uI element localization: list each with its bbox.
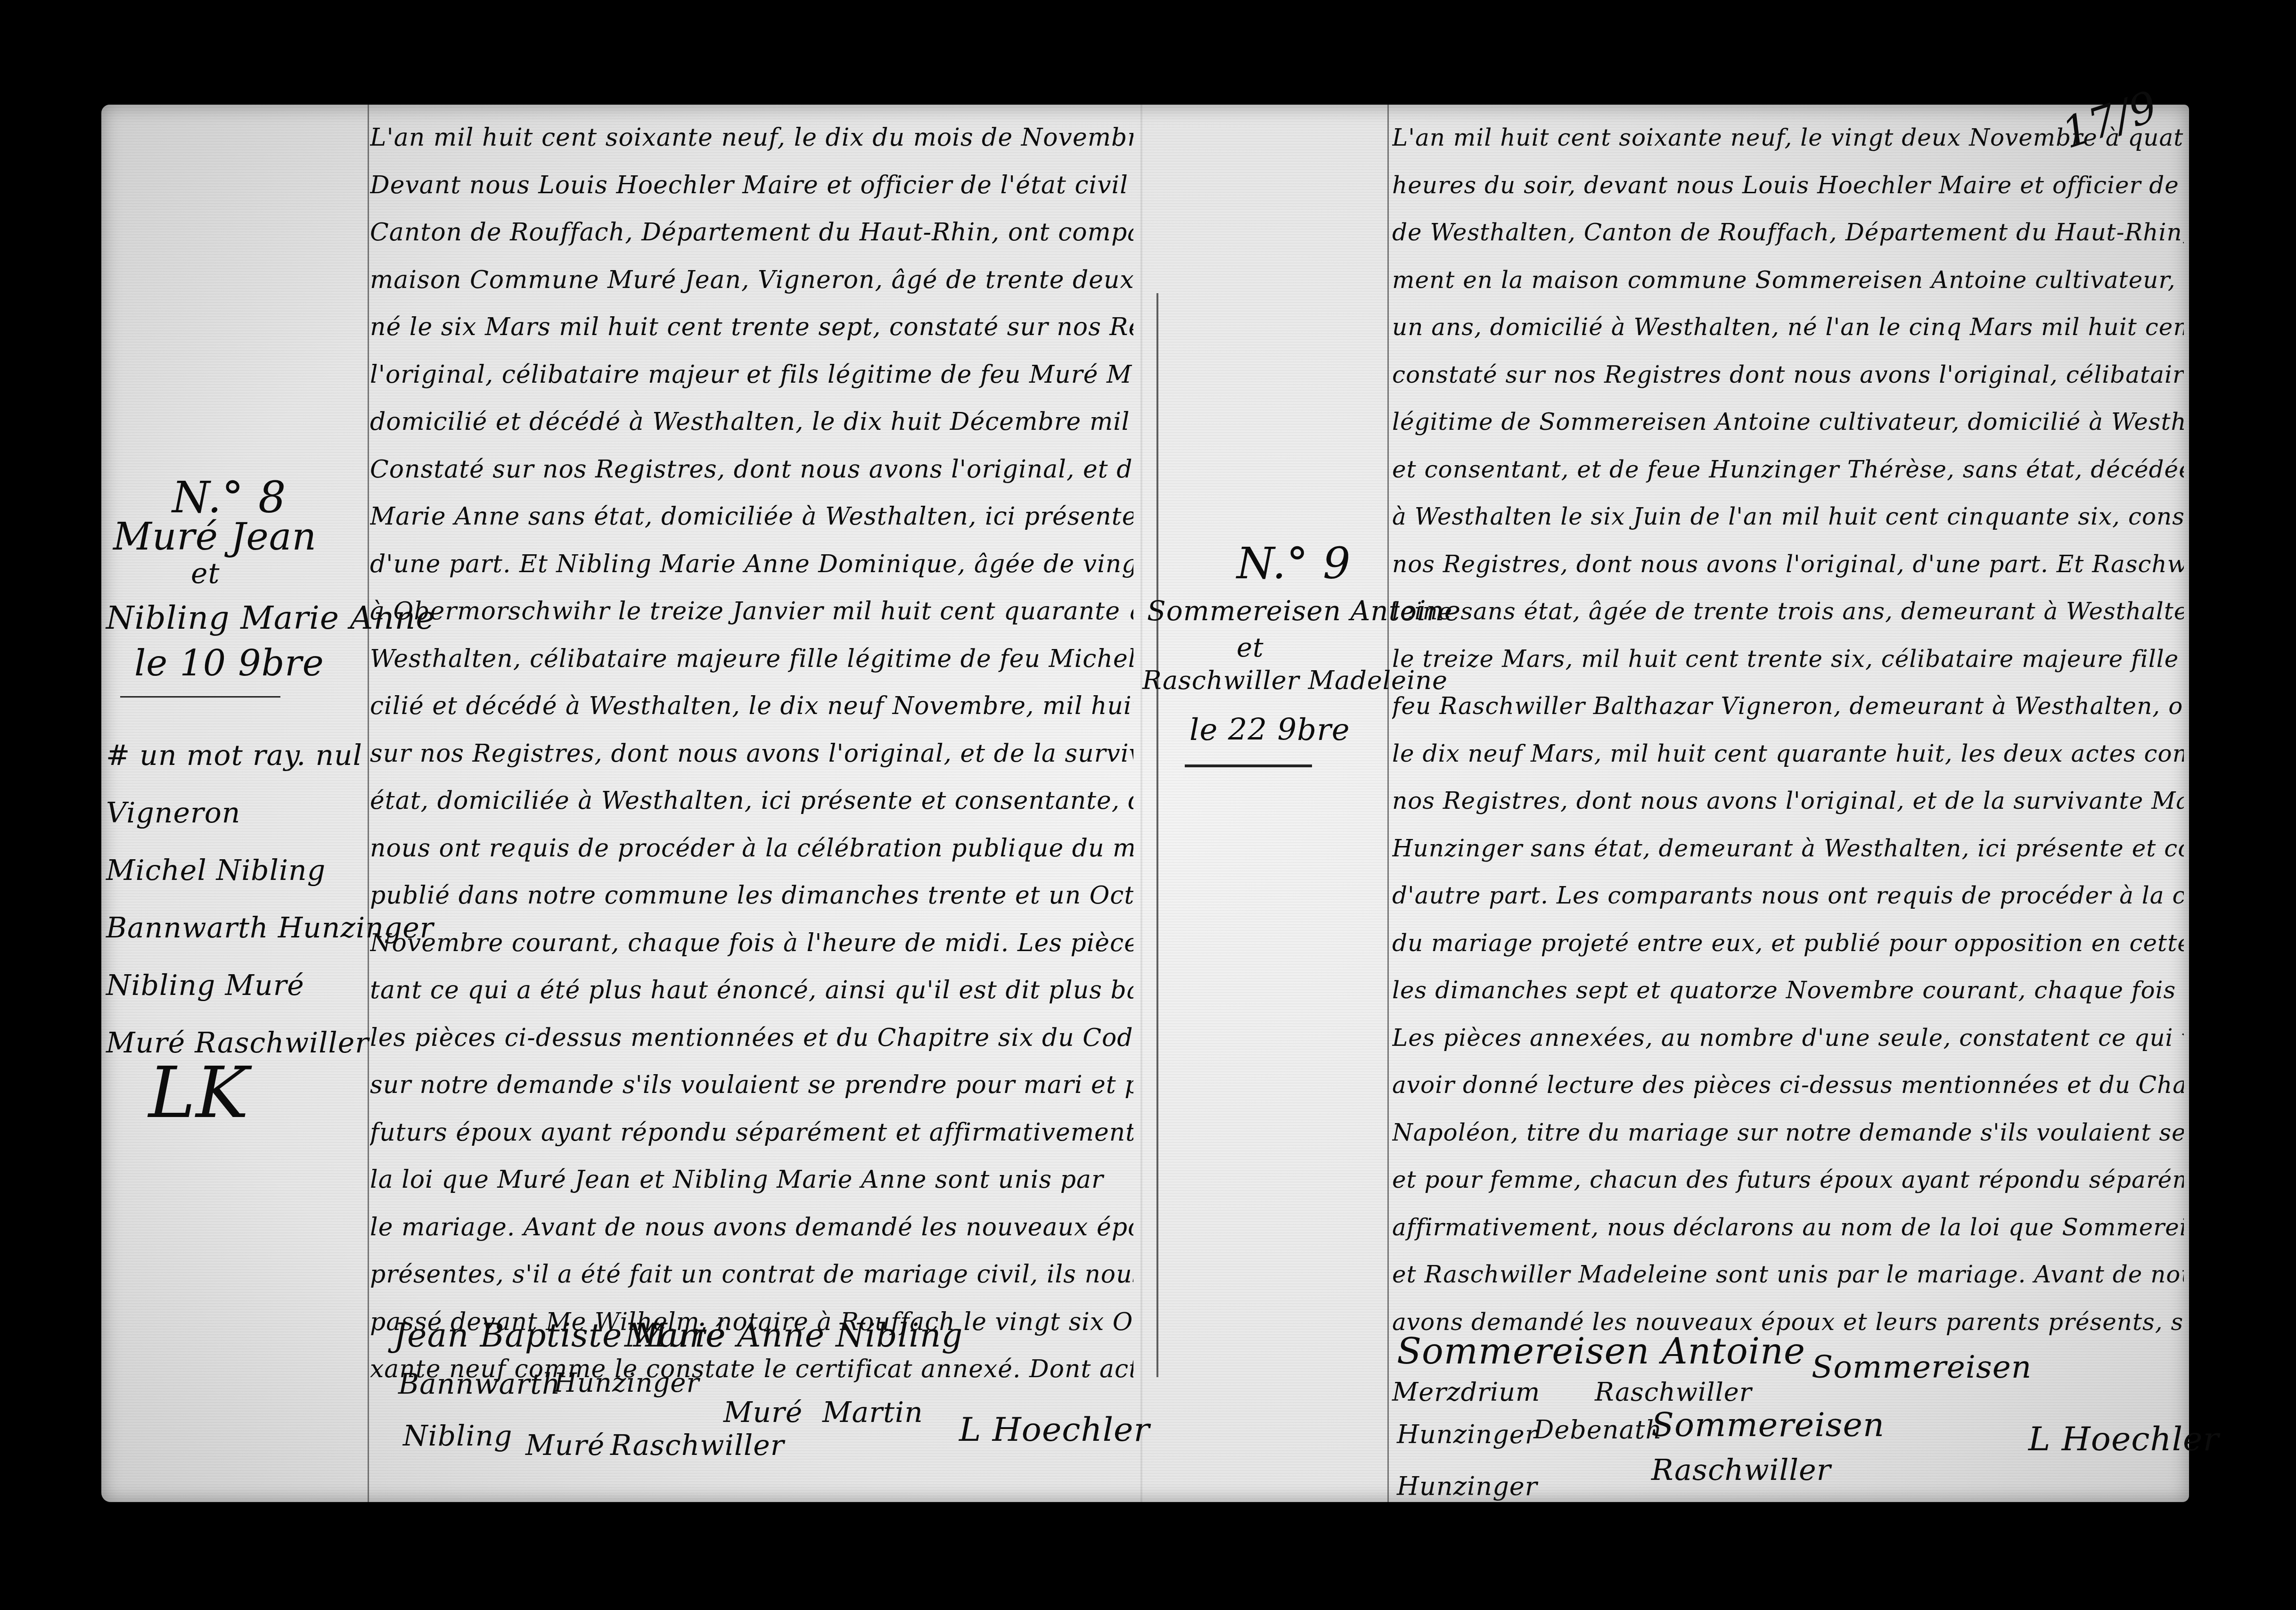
signature: Sommereisen <box>1812 1349 2032 1385</box>
signature: Raschwiller <box>1595 1377 1752 1407</box>
signature: Merzdrium <box>1392 1377 1540 1407</box>
signature: Debenath <box>1533 1415 1662 1445</box>
signature: Bannwarth <box>398 1368 561 1401</box>
signature: Sommereisen Antoine <box>1397 1330 1805 1372</box>
signature: Muré <box>723 1396 803 1429</box>
mayor-signature: L Hoechler <box>959 1410 1150 1449</box>
signature: Raschwiller <box>1651 1453 1831 1487</box>
signature: Muré <box>525 1429 605 1462</box>
signature: Sommereisen <box>1651 1405 1885 1444</box>
signature: Hunzinger <box>1397 1420 1538 1449</box>
signature: Raschwiller <box>610 1429 784 1462</box>
signature: Nibling <box>403 1420 513 1453</box>
signature-block: Sommereisen Antoine Sommereisen Merzdriu… <box>1142 105 2189 1502</box>
left-page: N.° 8 Muré Jean et Nibling Marie Anne le… <box>101 105 1140 1502</box>
signature-block: Jean Baptiste Muré Marie Anne Nibling Ba… <box>101 105 1140 1502</box>
signature: Hunzinger <box>1397 1471 1538 1501</box>
signature: Marie Anne Nibling <box>624 1316 963 1355</box>
signature: Martin <box>822 1396 923 1429</box>
signature: Hunzinger <box>554 1368 699 1398</box>
mayor-signature: L Hoechler <box>2028 1420 2219 1458</box>
right-page: 17/9 N.° 9 Sommereisen Antoine et Raschw… <box>1142 105 2189 1502</box>
